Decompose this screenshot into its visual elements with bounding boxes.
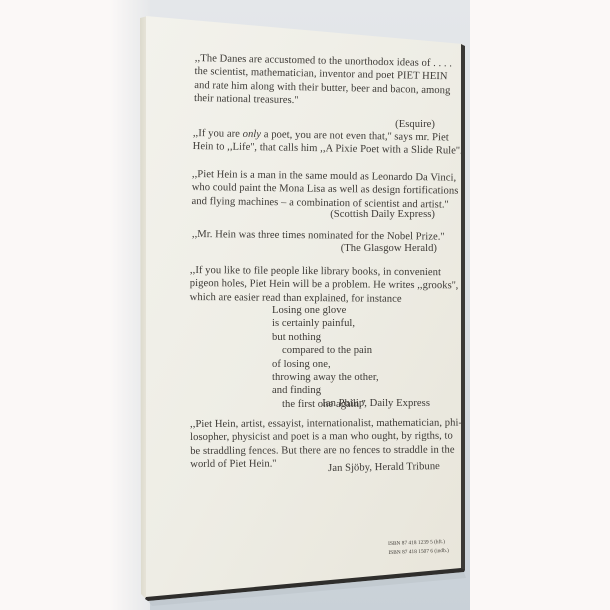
poem-line: is certainly painful, bbox=[272, 317, 379, 330]
quote-source: (Scottish Daily Express) bbox=[320, 208, 435, 221]
isbn-block: ISBN 87 418 1239 5 (hft.) ISBN 87 418 15… bbox=[388, 538, 449, 558]
quote-source: Ian Philip, Daily Express bbox=[310, 397, 430, 410]
poem-line: Losing one glove bbox=[272, 304, 379, 317]
poem-line: and finding bbox=[272, 384, 379, 397]
book: ,,The Danes are accustomed to the unorth… bbox=[0, 0, 610, 610]
quote-line: ,,Piet Hein, artist, essayist, internati… bbox=[190, 417, 462, 432]
photo-scene: ,,The Danes are accustomed to the unorth… bbox=[0, 0, 610, 610]
quote-emphasis: only bbox=[243, 129, 262, 140]
quote-source: Jan Sjöby, Herald Tribune bbox=[328, 460, 440, 475]
quote-line: be straddling fences. But there are no f… bbox=[190, 443, 462, 458]
poem-line: throwing away the other, bbox=[272, 371, 379, 384]
quote-source: (Esquire) bbox=[380, 118, 435, 131]
quote-daily-express: ,,If you like to file people like librar… bbox=[190, 264, 459, 307]
poem-line: compared to the pain bbox=[272, 344, 379, 357]
grook-poem: Losing one glove is certainly painful, b… bbox=[272, 304, 379, 411]
quote-scottish: ,,Piet Hein is a man in the same mould a… bbox=[191, 168, 458, 212]
poem-line: but nothing bbox=[272, 331, 379, 344]
quote-source: (The Glasgow Herald) bbox=[330, 242, 437, 255]
quote-life: ,,If you are only a poet, you are not ev… bbox=[193, 127, 463, 159]
quote-line: losopher, physicist and poet is a man wh… bbox=[190, 430, 462, 445]
quote-esquire: ,,The Danes are accustomed to the unorth… bbox=[194, 52, 452, 111]
quote-text: ,,If you are bbox=[193, 128, 243, 140]
poem-line: of losing one, bbox=[272, 358, 379, 371]
